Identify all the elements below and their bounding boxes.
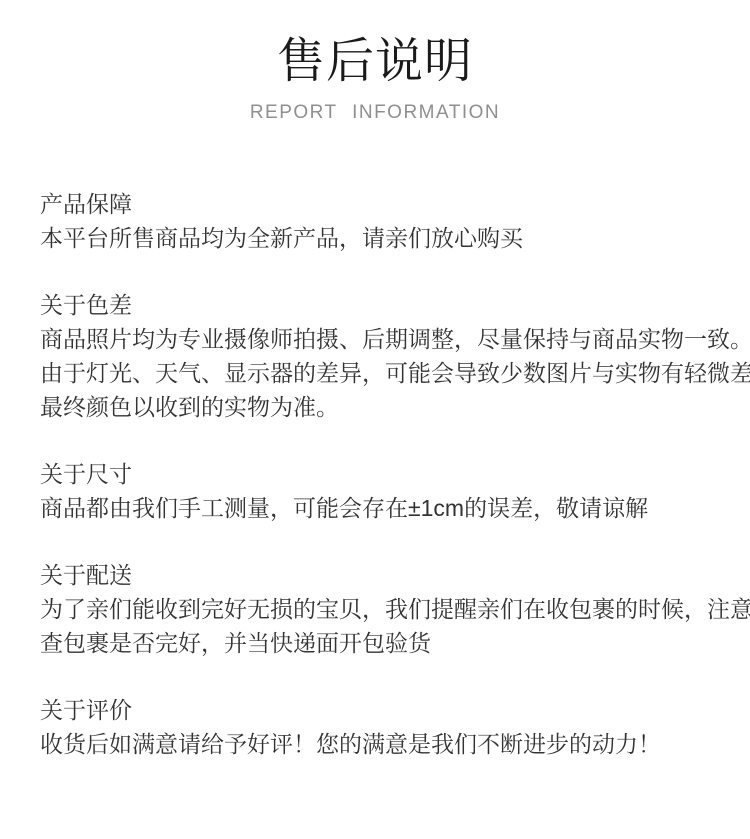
section-line: 本平台所售商品均为全新产品，请亲们放心购买 <box>40 221 722 255</box>
section-heading: 产品保障 <box>40 187 722 221</box>
content: 产品保障 本平台所售商品均为全新产品，请亲们放心购买 关于色差 商品照片均为专业… <box>0 187 750 761</box>
section-line: 商品都由我们手工测量，可能会存在±1cm的误差，敬请谅解 <box>40 491 722 525</box>
section-heading: 关于尺寸 <box>40 457 722 491</box>
section-heading: 关于评价 <box>40 693 722 727</box>
section-size: 关于尺寸 商品都由我们手工测量，可能会存在±1cm的误差，敬请谅解 <box>40 457 722 525</box>
page-title: 售后说明 <box>0 34 750 90</box>
section-line: 最终颜色以收到的实物为准。 <box>40 390 722 424</box>
section-line: 查包裹是否完好，并当快递面开包验货 <box>40 626 722 660</box>
after-sales-info-page: 售后说明 REPORT INFORMATION 产品保障 本平台所售商品均为全新… <box>0 0 750 839</box>
section-review: 关于评价 收货后如满意请给予好评！您的满意是我们不断进步的动力！ <box>40 693 722 761</box>
section-line: 收货后如满意请给予好评！您的满意是我们不断进步的动力！ <box>40 727 722 761</box>
section-color-difference: 关于色差 商品照片均为专业摄像师拍摄、后期调整，尽量保持与商品实物一致。但 由于… <box>40 288 722 424</box>
page-subtitle: REPORT INFORMATION <box>0 102 750 124</box>
section-heading: 关于配送 <box>40 558 722 592</box>
section-line: 为了亲们能收到完好无损的宝贝，我们提醒亲们在收包裹的时候，注意检 <box>40 592 722 626</box>
section-line: 商品照片均为专业摄像师拍摄、后期调整，尽量保持与商品实物一致。但 <box>40 322 722 356</box>
section-product-guarantee: 产品保障 本平台所售商品均为全新产品，请亲们放心购买 <box>40 187 722 255</box>
section-heading: 关于色差 <box>40 288 722 322</box>
section-line: 由于灯光、天气、显示器的差异，可能会导致少数图片与实物有轻微差异 <box>40 356 722 390</box>
section-delivery: 关于配送 为了亲们能收到完好无损的宝贝，我们提醒亲们在收包裹的时候，注意检 查包… <box>40 558 722 660</box>
page-header: 售后说明 REPORT INFORMATION <box>0 0 750 124</box>
